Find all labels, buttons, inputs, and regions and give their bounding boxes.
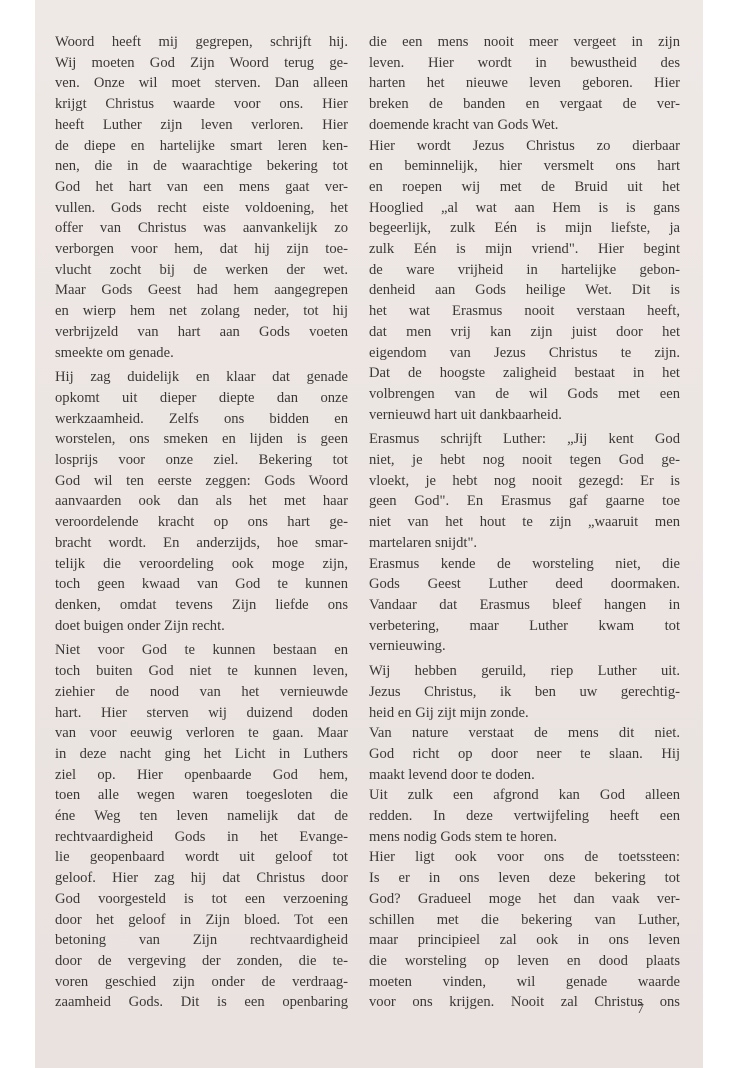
book-page: Woord heeft mij gegrepen, schrijft hij.W… <box>35 0 703 1068</box>
text-line: begeerlijk, zulk Eén is mijn liefste, ja <box>369 218 680 239</box>
text-line: de ware vrijheid in hartelijke gebon- <box>369 260 680 281</box>
page-number: 7 <box>637 1002 644 1018</box>
text-line: opkomt uit dieper diepte dan onze <box>55 388 348 409</box>
text-line: doemende kracht van Gods Wet. <box>369 115 680 136</box>
text-line: ziel op. Hier openbaarde God hem, <box>55 765 348 786</box>
text-line: in deze nacht ging het Licht in Luthers <box>55 744 348 765</box>
paragraph: Erasmus kende de worsteling niet, dieGod… <box>369 554 680 658</box>
text-line: Niet voor God te kunnen bestaan en <box>55 640 348 661</box>
text-line: Erasmus schrijft Luther: „Jij kent God <box>369 429 680 450</box>
text-line: krijgt Christus waarde voor ons. Hier <box>55 94 348 115</box>
text-line: de diepe en hartelijke smart leren ken- <box>55 136 348 157</box>
text-line: éne Weg ten leven namelijk dat de <box>55 806 348 827</box>
text-line: doet buigen onder Zijn recht. <box>55 616 348 637</box>
paragraph: die een mens nooit meer vergeet in zijnl… <box>369 32 680 136</box>
text-line: God voorgesteld is tot een verzoening <box>55 889 348 910</box>
text-line: dat men vrij kan zijn juist door het <box>369 322 680 343</box>
text-line: rechtvaardigheid Gods in het Evange- <box>55 827 348 848</box>
text-line: telijk die veroordeling ook moge zijn, <box>55 554 348 575</box>
text-line: verborgen voor hem, dat hij zijn toe- <box>55 239 348 260</box>
text-line: voren geschied zijn onder de verdraag- <box>55 972 348 993</box>
text-line: Wij moeten God Zijn Woord terug ge- <box>55 53 348 74</box>
text-line: breken de banden en vergaat de ver- <box>369 94 680 115</box>
text-line: vernieuwing. <box>369 636 680 657</box>
text-line: toen alle wegen waren toegesloten die <box>55 785 348 806</box>
text-line: Jezus Christus, ik ben uw gerechtig- <box>369 682 680 703</box>
text-line: Dat de hoogste zaligheid bestaat in het <box>369 363 680 384</box>
text-line: Wij hebben geruild, riep Luther uit. <box>369 661 680 682</box>
text-line: leven. Hier wordt in bewustheid des <box>369 53 680 74</box>
text-line: maar principieel zal ook in ons leven <box>369 930 680 951</box>
text-line: van voor eeuwig verloren te gaan. Maar <box>55 723 348 744</box>
text-line: Woord heeft mij gegrepen, schrijft hij. <box>55 32 348 53</box>
text-line: veroordelende kracht op ons hart ge- <box>55 512 348 533</box>
text-line: niet van het hout te zijn „waaruit men <box>369 512 680 533</box>
text-line: vernieuwd hart uit dankbaarheid. <box>369 405 680 426</box>
text-line: Maar Gods Geest had hem aangegrepen <box>55 280 348 301</box>
text-line: verbetering, maar Luther kwam tot <box>369 616 680 637</box>
text-line: toch buiten God niet te kunnen leven, <box>55 661 348 682</box>
text-line: redden. In deze vertwijfeling heeft een <box>369 806 680 827</box>
text-line: Erasmus kende de worsteling niet, die <box>369 554 680 575</box>
text-line: voor ons krijgen. Nooit zal Christus ons <box>369 992 680 1013</box>
text-line: niet, je hebt nog nooit tegen God ge- <box>369 450 680 471</box>
text-line: Hij zag duidelijk en klaar dat genade <box>55 367 348 388</box>
text-line: harten het nieuwe leven geboren. Hier <box>369 73 680 94</box>
text-line: Is er in ons leven deze bekering tot <box>369 868 680 889</box>
paragraph: Hij zag duidelijk en klaar dat genadeopk… <box>55 367 348 636</box>
text-line: lie geopenbaard wordt uit geloof tot <box>55 847 348 868</box>
text-line: denken, omdat tevens Zijn liefde ons <box>55 595 348 616</box>
text-line: geloof. Hier zag hij dat Christus door <box>55 868 348 889</box>
text-line: God richt op door neer te slaan. Hij <box>369 744 680 765</box>
text-line: Van nature verstaat de mens dit niet. <box>369 723 680 744</box>
paragraph: Wij hebben geruild, riep Luther uit.Jezu… <box>369 661 680 723</box>
paragraph: Van nature verstaat de mens dit niet.God… <box>369 723 680 785</box>
text-line: heeft Luther zijn leven verloren. Hier <box>55 115 348 136</box>
text-line: door het geloof in Zijn bloed. Tot een <box>55 910 348 931</box>
text-line: vloekt, je hebt nog nooit gezegd: Er is <box>369 471 680 492</box>
text-line: denheid aan Gods heilige Wet. Dit is <box>369 280 680 301</box>
text-line: offer van Christus was aanvankelijk zo <box>55 218 348 239</box>
paragraph: Hier ligt ook voor ons de toetssteen:Is … <box>369 847 680 1013</box>
text-line: eigendom van Jezus Christus te zijn. <box>369 343 680 364</box>
text-line: het wat Erasmus nooit verstaan heeft, <box>369 301 680 322</box>
text-line: God? Gradueel moge het dan vaak ver- <box>369 889 680 910</box>
text-line: Hooglied „al wat aan Hem is is gans <box>369 198 680 219</box>
paragraph: Hier wordt Jezus Christus zo dierbaaren … <box>369 136 680 426</box>
text-line: verbrijzeld van hart aan Gods voeten <box>55 322 348 343</box>
text-line: maakt levend door te doden. <box>369 765 680 786</box>
text-line: worstelen, ons smeken en lijden is geen <box>55 429 348 450</box>
text-line: Uit zulk een afgrond kan God alleen <box>369 785 680 806</box>
text-line: Vandaar dat Erasmus bleef hangen in <box>369 595 680 616</box>
text-line: hart. Hier sterven wij duizend doden <box>55 703 348 724</box>
text-line: aanvaarden ook dan als het met haar <box>55 491 348 512</box>
left-column: Woord heeft mij gegrepen, schrijft hij.W… <box>55 32 348 1013</box>
text-line: die worsteling op leven en dood plaats <box>369 951 680 972</box>
text-line: geen God". En Erasmus gaf gaarne toe <box>369 491 680 512</box>
text-line: volbrengen van de wil Gods met een <box>369 384 680 405</box>
text-line: smeekte om genade. <box>55 343 348 364</box>
text-line: en beminnelijk, hier versmelt ons hart <box>369 156 680 177</box>
text-line: martelaren snijdt". <box>369 533 680 554</box>
text-line: losprijs voor onze ziel. Bekering tot <box>55 450 348 471</box>
text-line: en roepen wij met de Bruid uit het <box>369 177 680 198</box>
text-line: God wil ten eerste zeggen: Gods Woord <box>55 471 348 492</box>
text-line: vullen. Gods recht eiste voldoening, het <box>55 198 348 219</box>
text-line: die een mens nooit meer vergeet in zijn <box>369 32 680 53</box>
text-line: heid en Gij zijt mijn zonde. <box>369 703 680 724</box>
text-line: Hier ligt ook voor ons de toetssteen: <box>369 847 680 868</box>
text-line: schillen met die bekering van Luther, <box>369 910 680 931</box>
text-line: betoning van Zijn rechtvaardigheid <box>55 930 348 951</box>
right-column: die een mens nooit meer vergeet in zijnl… <box>369 32 680 1013</box>
text-line: Hier wordt Jezus Christus zo dierbaar <box>369 136 680 157</box>
paragraph: Woord heeft mij gegrepen, schrijft hij.W… <box>55 32 348 363</box>
text-line: mens nodig Gods stem te horen. <box>369 827 680 848</box>
text-line: vlucht zocht bij de werken der wet. <box>55 260 348 281</box>
text-line: toch geen kwaad van God te kunnen <box>55 574 348 595</box>
text-line: zaamheid Gods. Dit is een openbaring <box>55 992 348 1013</box>
paragraph: Erasmus schrijft Luther: „Jij kent Godni… <box>369 429 680 553</box>
text-line: nen, die in de waarachtige bekering tot <box>55 156 348 177</box>
text-line: God het hart van een mens gaat ver- <box>55 177 348 198</box>
text-line: moeten vinden, wil genade waarde <box>369 972 680 993</box>
text-line: zulk Eén is mijn vriend". Hier begint <box>369 239 680 260</box>
text-line: Gods Geest Luther deed doormaken. <box>369 574 680 595</box>
text-line: door de vergeving der zonden, die te- <box>55 951 348 972</box>
paragraph: Uit zulk een afgrond kan God alleenredde… <box>369 785 680 847</box>
paragraph: Niet voor God te kunnen bestaan entoch b… <box>55 640 348 1013</box>
text-line: werkzaamheid. Zelfs ons bidden en <box>55 409 348 430</box>
text-line: ven. Onze wil moet sterven. Dan alleen <box>55 73 348 94</box>
text-line: bracht wordt. En anderzijds, hoe smar- <box>55 533 348 554</box>
text-line: en wierp hem net zolang neder, tot hij <box>55 301 348 322</box>
text-line: ziehier de nood van het vernieuwde <box>55 682 348 703</box>
